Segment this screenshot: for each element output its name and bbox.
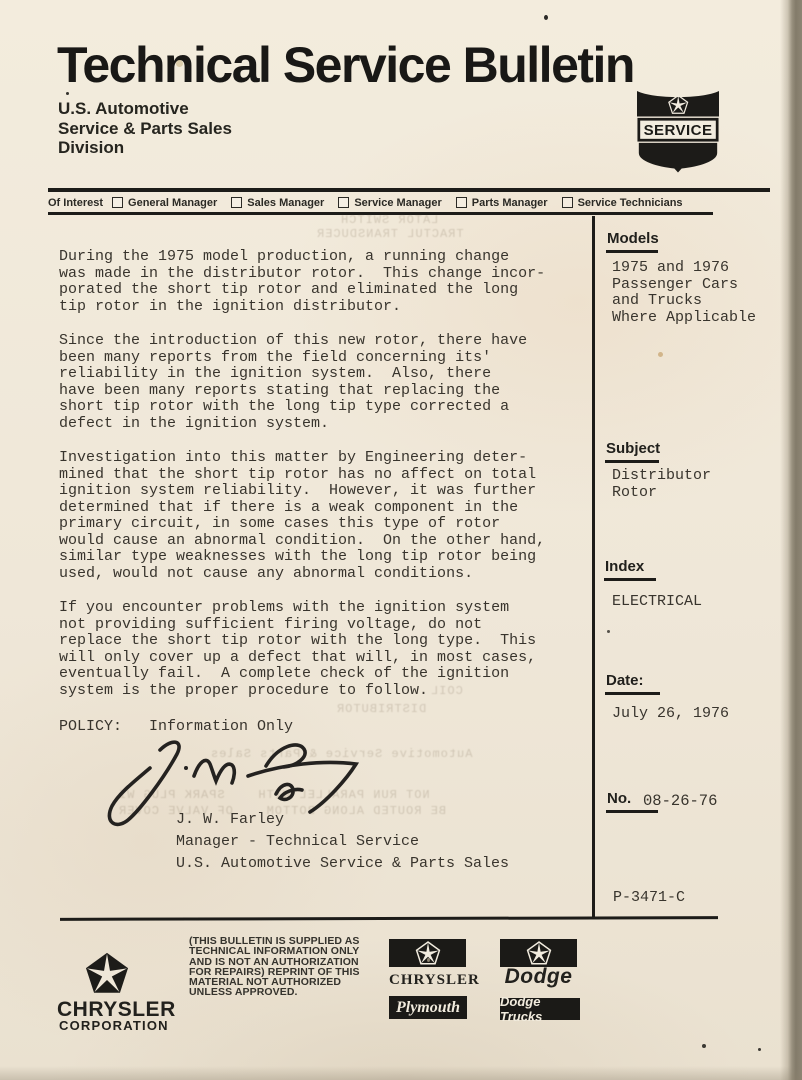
number-label: No. [607, 790, 631, 807]
paper-speck [544, 15, 548, 20]
dodge-trucks-logo-box: Dodge Trucks [500, 998, 580, 1020]
date-value: July 26, 1976 [612, 706, 729, 723]
column-divider [592, 216, 595, 919]
paper-speck [607, 630, 610, 633]
paragraph: If you encounter problems with the ignit… [59, 600, 545, 699]
plymouth-wordmark: Plymouth [396, 999, 460, 1017]
checkbox-icon [338, 197, 349, 208]
pentastar-icon [526, 941, 552, 966]
index-label: Index [605, 558, 644, 575]
signoff-block: J. W. Farley Manager - Technical Service… [176, 809, 509, 875]
division-name: U.S. Automotive Service & Parts Sales Di… [58, 99, 232, 158]
number-underline [606, 810, 658, 813]
page-edge-right [780, 0, 802, 1080]
bulletin-page: Technical Service Bulletin U.S. Automoti… [0, 0, 802, 1080]
policy-line: POLICY: Information Only [59, 718, 293, 735]
paper-speck [758, 1048, 761, 1051]
paragraph: Investigation into this matter by Engine… [59, 450, 545, 582]
role-service-manager: Service Manager [338, 197, 441, 209]
plymouth-logo-box: Plymouth [389, 996, 467, 1019]
dodge-trucks-wordmark: Dodge Trucks [500, 994, 580, 1024]
paragraph: During the 1975 model production, a runn… [59, 249, 545, 315]
index-value: ELECTRICAL [612, 594, 702, 611]
checkbox-icon [562, 197, 573, 208]
badge-shield-bottom [639, 143, 717, 173]
date-label: Date: [606, 672, 644, 689]
bleedthrough-text: LATOR SWITCH [340, 213, 438, 227]
checkbox-icon [112, 197, 123, 208]
badge-label: SERVICE [644, 122, 713, 139]
page-title: Technical Service Bulletin [57, 36, 634, 94]
subject-value: Distributor Rotor [612, 468, 711, 501]
models-value: 1975 and 1976 Passenger Cars and Trucks … [612, 260, 756, 326]
paper-speck [658, 352, 663, 357]
date-underline [605, 692, 660, 695]
of-interest-row: Of Interest General Manager Sales Manage… [48, 196, 697, 209]
bottom-rule [60, 916, 718, 921]
models-underline [606, 250, 658, 253]
dodge-logo-box [500, 939, 577, 967]
chrysler-wordmark: CHRYSLER [389, 972, 466, 989]
chrysler-pentastar-icon [84, 951, 130, 997]
footer-disclaimer: (THIS BULLETIN IS SUPPLIED AS TECHNICAL … [189, 936, 360, 998]
paper-speck [702, 1044, 706, 1048]
corporation-subname: CORPORATION [59, 1018, 169, 1033]
index-underline [604, 578, 656, 581]
models-label: Models [607, 230, 659, 247]
paper-speck [427, 958, 430, 962]
subject-label: Subject [606, 440, 660, 457]
checkbox-icon [456, 197, 467, 208]
role-parts-manager: Parts Manager [456, 197, 548, 209]
number-value: 08-26-76 [643, 793, 717, 810]
role-sales-manager: Sales Manager [231, 197, 324, 209]
service-shield-logo: SERVICE [636, 91, 720, 173]
role-general-manager: General Manager [112, 197, 217, 209]
bleedthrough-text: TRACTUL TRANSDUCER [316, 227, 464, 241]
paragraph: Since the introduction of this new rotor… [59, 333, 545, 432]
of-interest-label: Of Interest [48, 197, 103, 209]
paper-speck [66, 92, 69, 95]
dodge-wordmark: Dodge [500, 965, 577, 989]
subject-underline [605, 460, 659, 463]
role-service-technicians: Service Technicians [562, 197, 683, 209]
chrysler-logo-box [389, 939, 466, 967]
page-edge-bottom [0, 1066, 802, 1080]
header-rule [48, 188, 770, 192]
bulletin-body: During the 1975 model production, a runn… [59, 249, 545, 717]
part-code: P-3471-C [613, 890, 685, 907]
checkbox-icon [231, 197, 242, 208]
paper-stain [176, 60, 183, 67]
